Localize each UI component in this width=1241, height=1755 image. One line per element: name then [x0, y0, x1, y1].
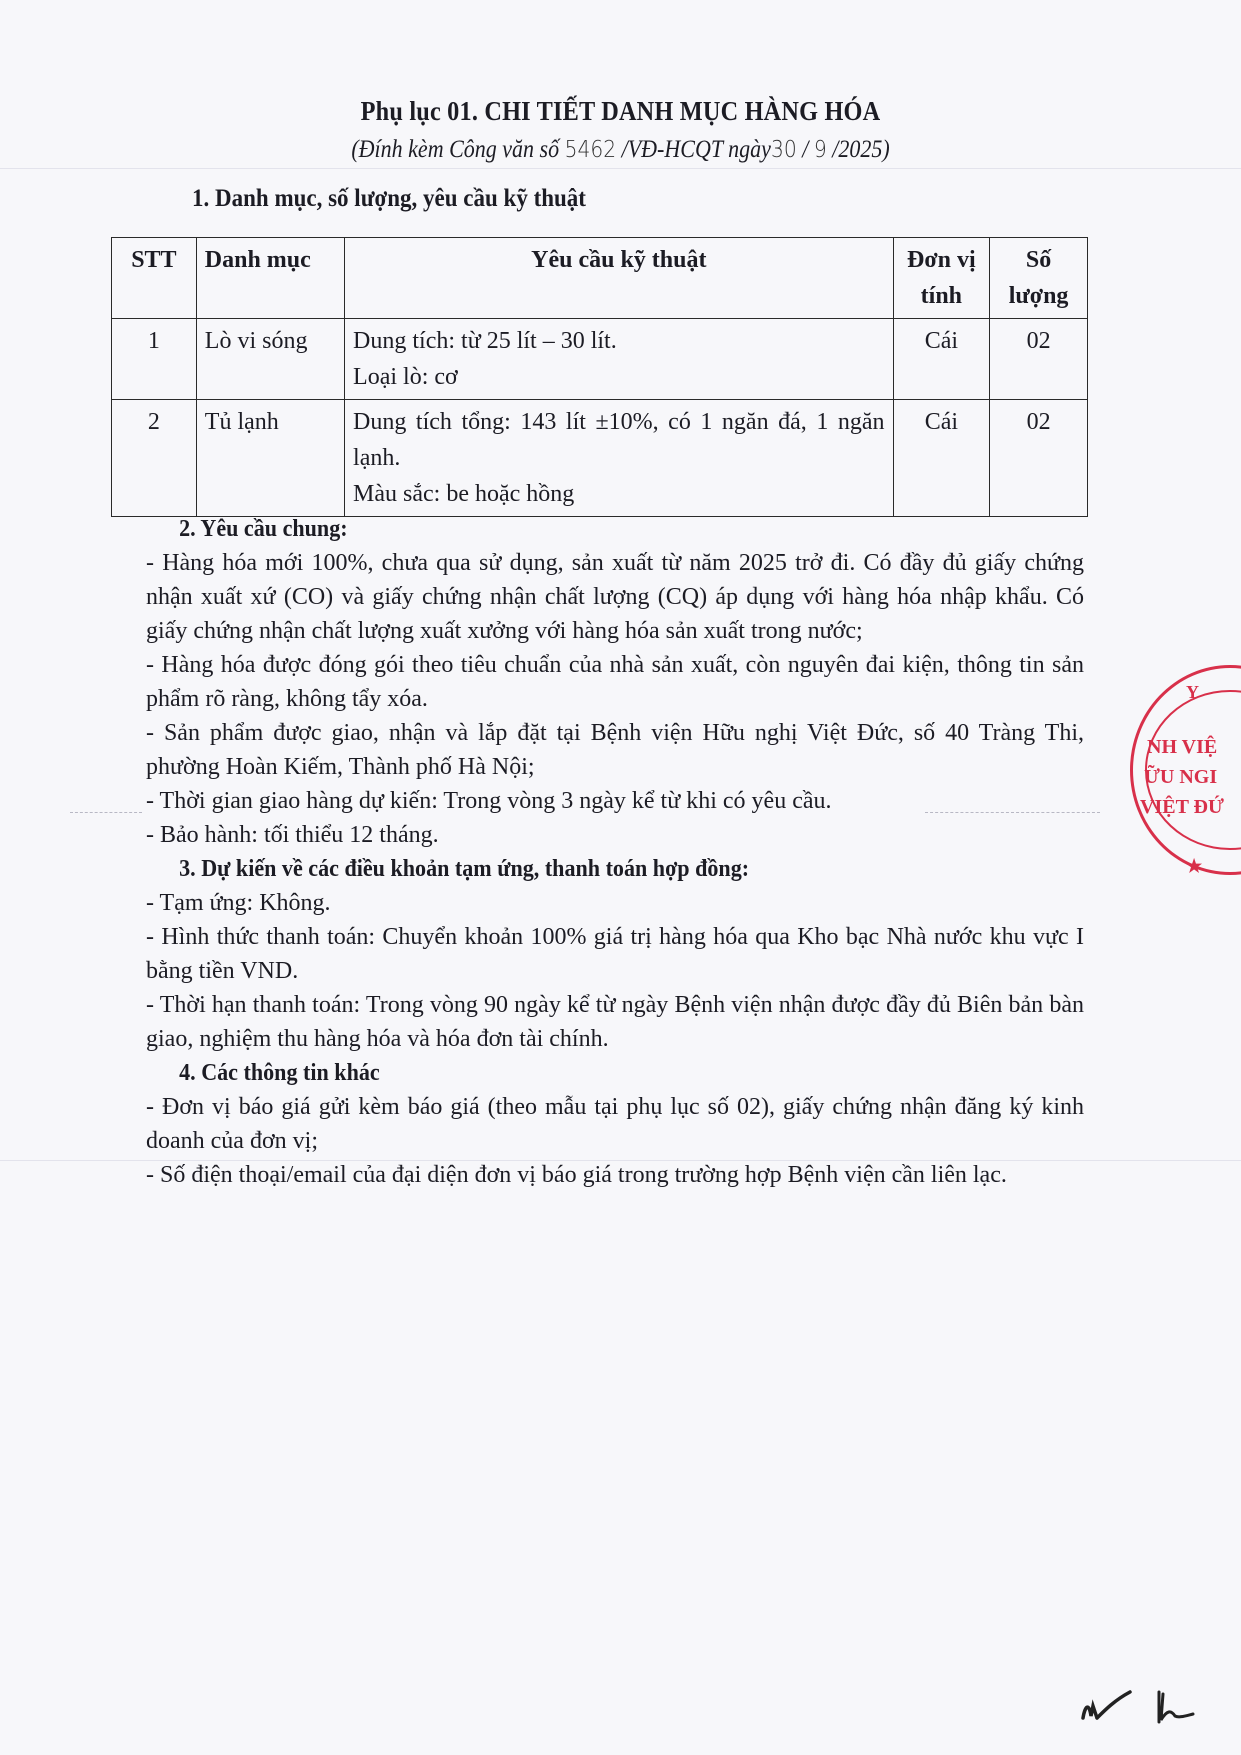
cell-category: Tủ lạnh: [196, 400, 344, 517]
subtitle-middle: /VĐ-HCQT ngày: [616, 136, 771, 163]
signature-initials: [1075, 1688, 1205, 1728]
stamp-top-glyph: Y: [1186, 682, 1199, 703]
col-header-unit: Đơn vị tính: [893, 238, 990, 319]
scan-artifact: [0, 168, 1241, 169]
cell-stt: 1: [112, 319, 197, 400]
col-header-stt: STT: [112, 238, 197, 319]
requirement-line: Dung tích tổng: 143 lít ±10%, có 1 ngăn …: [353, 404, 884, 476]
list-item: - Số điện thoại/email của đại diện đơn v…: [146, 1158, 1084, 1192]
cell-requirements: Dung tích tổng: 143 lít ±10%, có 1 ngăn …: [345, 400, 893, 517]
scan-artifact: [70, 812, 142, 813]
cell-category: Lò vi sóng: [196, 319, 344, 400]
stamp-text-line: NH VIỆ: [1147, 736, 1217, 759]
document-body: 2. Yêu cầu chung: - Hàng hóa mới 100%, c…: [146, 512, 1084, 1192]
section2-heading: 2. Yêu cầu chung:: [146, 512, 1009, 546]
handwritten-day: 30: [771, 137, 797, 163]
subtitle-suffix: /2025): [827, 136, 890, 163]
col-header-category: Danh mục: [196, 238, 344, 319]
list-item: - Hình thức thanh toán: Chuyển khoản 100…: [146, 920, 1084, 988]
stamp-text-line: VIỆT ĐỨ: [1140, 796, 1224, 819]
subtitle-prefix: (Đính kèm Công văn số: [351, 136, 564, 163]
requirement-line: Màu sắc: be hoặc hồng: [353, 476, 884, 512]
cell-quantity: 02: [990, 400, 1088, 517]
cell-unit: Cái: [893, 319, 990, 400]
col-header-requirements: Yêu cầu kỹ thuật: [345, 238, 893, 319]
document-page: Phụ lục 01. CHI TIẾT DANH MỤC HÀNG HÓA (…: [0, 0, 1241, 1755]
section3-heading: 3. Dự kiến về các điều khoản tạm ứng, th…: [146, 852, 1009, 886]
list-item: - Đơn vị báo giá gửi kèm báo giá (theo m…: [146, 1090, 1084, 1158]
handwritten-month: 9: [814, 137, 827, 163]
list-item: - Sản phẩm được giao, nhận và lắp đặt tạ…: [146, 716, 1084, 784]
subtitle-sep: /: [797, 136, 814, 163]
cell-requirements: Dung tích: từ 25 lít – 30 lít. Loại lò: …: [345, 319, 893, 400]
cell-stt: 2: [112, 400, 197, 517]
cell-quantity: 02: [990, 319, 1088, 400]
handwritten-doc-number: 5462: [565, 137, 617, 163]
document-subtitle: (Đính kèm Công văn số 5462 /VĐ-HCQT ngày…: [74, 136, 1166, 164]
star-icon: ★: [1186, 856, 1202, 877]
requirement-line: Dung tích: từ 25 lít – 30 lít.: [353, 323, 884, 359]
table-header-row: STT Danh mục Yêu cầu kỹ thuật Đơn vị tín…: [112, 238, 1088, 319]
requirement-line: Loại lò: cơ: [353, 359, 884, 395]
items-table: STT Danh mục Yêu cầu kỹ thuật Đơn vị tín…: [111, 237, 1088, 517]
table-row: 2 Tủ lạnh Dung tích tổng: 143 lít ±10%, …: [112, 400, 1088, 517]
table-row: 1 Lò vi sóng Dung tích: từ 25 lít – 30 l…: [112, 319, 1088, 400]
col-header-quantity: Số lượng: [990, 238, 1088, 319]
list-item: - Thời hạn thanh toán: Trong vòng 90 ngà…: [146, 988, 1084, 1056]
document-title: Phụ lục 01. CHI TIẾT DANH MỤC HÀNG HÓA: [62, 96, 1179, 127]
section4-heading: 4. Các thông tin khác: [146, 1056, 1009, 1090]
list-item: - Thời gian giao hàng dự kiến: Trong vòn…: [146, 784, 1084, 818]
list-item: - Bảo hành: tối thiểu 12 tháng.: [146, 818, 1084, 852]
section1-heading: 1. Danh mục, số lượng, yêu cầu kỹ thuật: [192, 185, 586, 213]
cell-unit: Cái: [893, 400, 990, 517]
list-item: - Hàng hóa được đóng gói theo tiêu chuẩn…: [146, 648, 1084, 716]
stamp-text-line: ỮU NGI: [1144, 766, 1217, 789]
list-item: - Hàng hóa mới 100%, chưa qua sử dụng, s…: [146, 546, 1084, 648]
list-item: - Tạm ứng: Không.: [146, 886, 1084, 920]
